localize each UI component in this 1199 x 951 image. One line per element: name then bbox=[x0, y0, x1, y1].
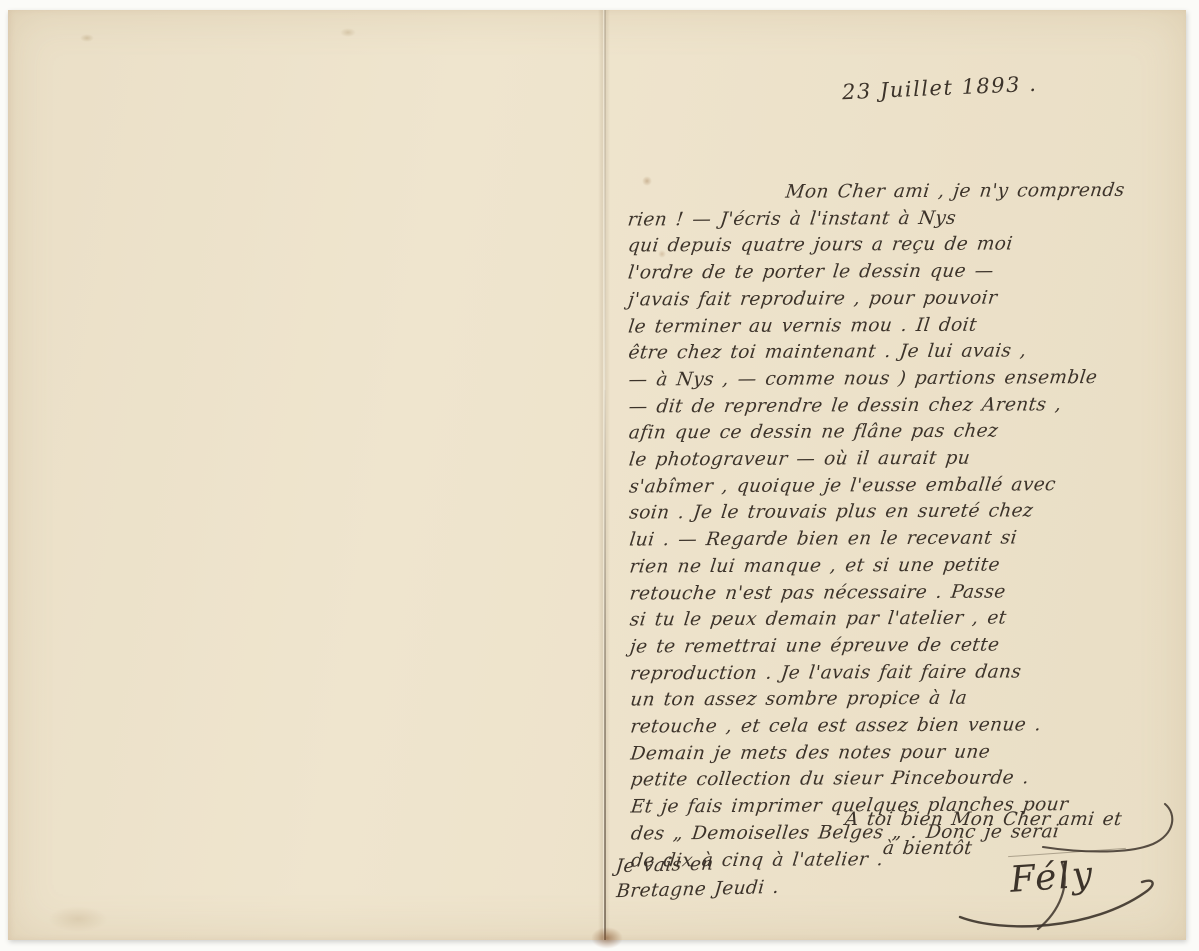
letter-line: reproduction . Je l'avais fait faire dan… bbox=[629, 658, 1198, 688]
letter-line: lui . — Regarde bien en le recevant si bbox=[628, 525, 1197, 555]
fold-crease-line-top bbox=[604, 10, 606, 390]
letter-line: rien ! — J'écris à l'instant à Nys bbox=[626, 204, 1195, 234]
letter-line: — dit de reprendre le dessin chez Arents… bbox=[627, 391, 1196, 421]
letter-line: si tu le peux demain par l'atelier , et bbox=[628, 605, 1197, 635]
letter-line: qui depuis quatre jours a reçu de moi bbox=[626, 231, 1195, 261]
postscript-line: Bretagne Jeudi . bbox=[615, 875, 780, 904]
letter-line: rien ne lui manque , et si une petite bbox=[628, 551, 1197, 581]
letter-postscript: Je vais en Bretagne Jeudi . bbox=[615, 851, 779, 904]
letter-line: un ton assez sombre propice à la bbox=[629, 685, 1198, 715]
letter-line: être chez toi maintenant . Je lui avais … bbox=[627, 338, 1196, 368]
letter-line: j'avais fait reproduire , pour pouvoir bbox=[627, 284, 1196, 314]
letter-line: je te remettrai une épreuve de cette bbox=[628, 631, 1197, 661]
fold-crease-line bbox=[604, 390, 606, 940]
letter-line: — à Nys , — comme nous ) partions ensemb… bbox=[627, 364, 1196, 394]
letter-line: soin . Je le trouvais plus en sureté che… bbox=[628, 498, 1197, 528]
signature-block: Fély bbox=[942, 845, 1172, 940]
letter-line: Demain je mets des notes pour une bbox=[629, 738, 1198, 768]
letter-line: retouche n'est pas nécessaire . Passe bbox=[628, 578, 1197, 608]
letter-body: Mon Cher ami , je n'y comprends rien ! —… bbox=[627, 178, 1197, 875]
letter-line: s'abîmer , quoique je l'eusse emballé av… bbox=[628, 471, 1197, 501]
letter-line: retouche , et cela est assez bien venue … bbox=[629, 712, 1198, 742]
letter-line: afin que ce dessin ne flâne pas chez bbox=[627, 418, 1196, 448]
left-page-blank bbox=[8, 10, 600, 940]
letter-line: petite collection du sieur Pincebourde . bbox=[629, 765, 1198, 795]
letter-line: Mon Cher ami , je n'y comprends bbox=[626, 178, 1195, 208]
postscript-line: Je vais en bbox=[615, 851, 780, 880]
letter-line: le photograveur — où il aurait pu bbox=[627, 445, 1196, 475]
letter-line: le terminer au vernis mou . Il doit bbox=[627, 311, 1196, 341]
letter-line: l'ordre de te porter le dessin que — bbox=[626, 258, 1195, 288]
signature-flourish-icon bbox=[942, 845, 1172, 940]
closing-line: A toi bien Mon Cher ami et bbox=[843, 805, 1123, 834]
